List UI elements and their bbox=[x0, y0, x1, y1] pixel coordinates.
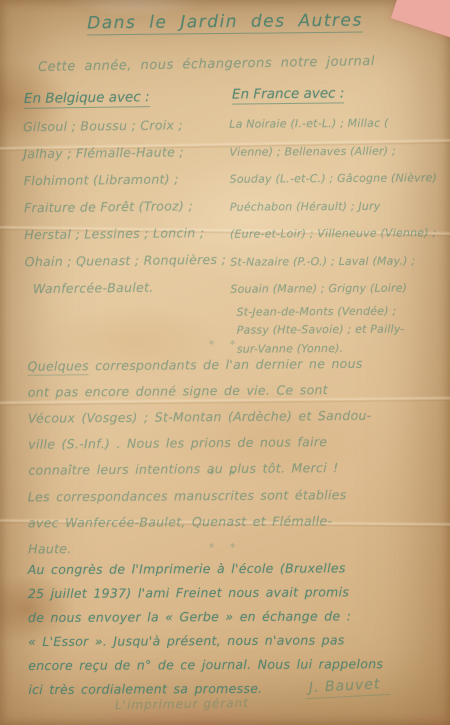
france-line: St-Nazaire (P.-O.) ; Laval (May.) ; bbox=[230, 247, 448, 276]
paragraph-line: ont pas encore donné signe de vie. Ce so… bbox=[28, 376, 428, 405]
scanned-journal-page: Dans le Jardin des Autres Cette année, n… bbox=[0, 0, 450, 725]
section-separator: * * bbox=[0, 468, 450, 481]
france-line: La Noiraie (I.-et-L.) ; Millac ( bbox=[229, 109, 447, 138]
paragraph-line: avec Wanfercée-Baulet, Quenast et Flémal… bbox=[28, 508, 428, 537]
paragraph-line: encore reçu de n° de ce journal. Nous lu… bbox=[28, 652, 428, 678]
france-line: St-Jean-de-Monts (Vendée) ; bbox=[230, 302, 448, 322]
belgium-line: Jalhay ; Flémalle-Haute ; bbox=[23, 138, 228, 168]
paragraph-line: de nous envoyer la « Gerbe » en échange … bbox=[28, 604, 428, 630]
paragraph-line: Quelques correspondants de l'an dernier … bbox=[27, 350, 427, 379]
belgium-line: Herstal ; Lessines ; Loncin ; bbox=[24, 219, 229, 249]
paragraph-line: Au congrès de l'Imprimerie à l'école (Br… bbox=[28, 556, 428, 582]
belgium-column-header: En Belgique avec : bbox=[24, 89, 150, 107]
france-line: Puéchabon (Hérault) ; Jury bbox=[230, 192, 448, 221]
france-line: Vienne) ; Bellenaves (Allier) ; bbox=[229, 137, 447, 166]
section-separator: * * bbox=[0, 541, 450, 554]
france-line: Souain (Marne) ; Grigny (Loire) bbox=[230, 274, 448, 303]
belgium-line: Fraiture de Forêt (Trooz) ; bbox=[24, 192, 229, 222]
france-column-header: En France avec : bbox=[232, 85, 345, 102]
paragraph-line: « L'Essor ». Jusqu'à présent, nous n'avo… bbox=[28, 628, 428, 654]
paragraph-missing-correspondents: Quelques correspondants de l'an dernier … bbox=[27, 350, 428, 483]
france-line: Souday (L.-et-C.) ; Gâcogne (Nièvre) bbox=[230, 164, 448, 193]
paragraph-line: Les correspondances manuscrites sont éta… bbox=[28, 482, 428, 511]
belgium-line: Wanfercée-Baulet. bbox=[25, 273, 230, 303]
france-line: (Eure-et-Loir) ; Villeneuve (Vienne) ; bbox=[230, 219, 448, 248]
belgium-correspondents-list: Gilsoul ; Boussu ; Croix ; Jalhay ; Flém… bbox=[23, 111, 230, 302]
belgium-line: Flohimont (Libramont) ; bbox=[24, 165, 229, 195]
page-title: Dans le Jardin des Autres bbox=[0, 10, 450, 35]
paragraph-line: ville (S.-Inf.) . Nous les prions de nou… bbox=[28, 428, 428, 457]
paragraph-line: Vécoux (Vosges) ; St-Montan (Ardèche) et… bbox=[28, 402, 428, 431]
paragraph-line: 25 juillet 1937) l'ami Freinet nous avai… bbox=[28, 580, 428, 606]
belgium-line: Ohain ; Quenast ; Ronquières ; bbox=[25, 246, 230, 276]
intro-line: Cette année, nous échangerons notre jour… bbox=[38, 54, 375, 75]
belgium-line: Gilsoul ; Boussu ; Croix ; bbox=[23, 111, 228, 141]
section-separator: * * bbox=[0, 338, 450, 351]
footer-imprint: L'imprimeur gérant bbox=[115, 696, 249, 712]
france-correspondents-list: La Noiraie (I.-et-L.) ; Millac ( Vienne)… bbox=[229, 109, 449, 359]
